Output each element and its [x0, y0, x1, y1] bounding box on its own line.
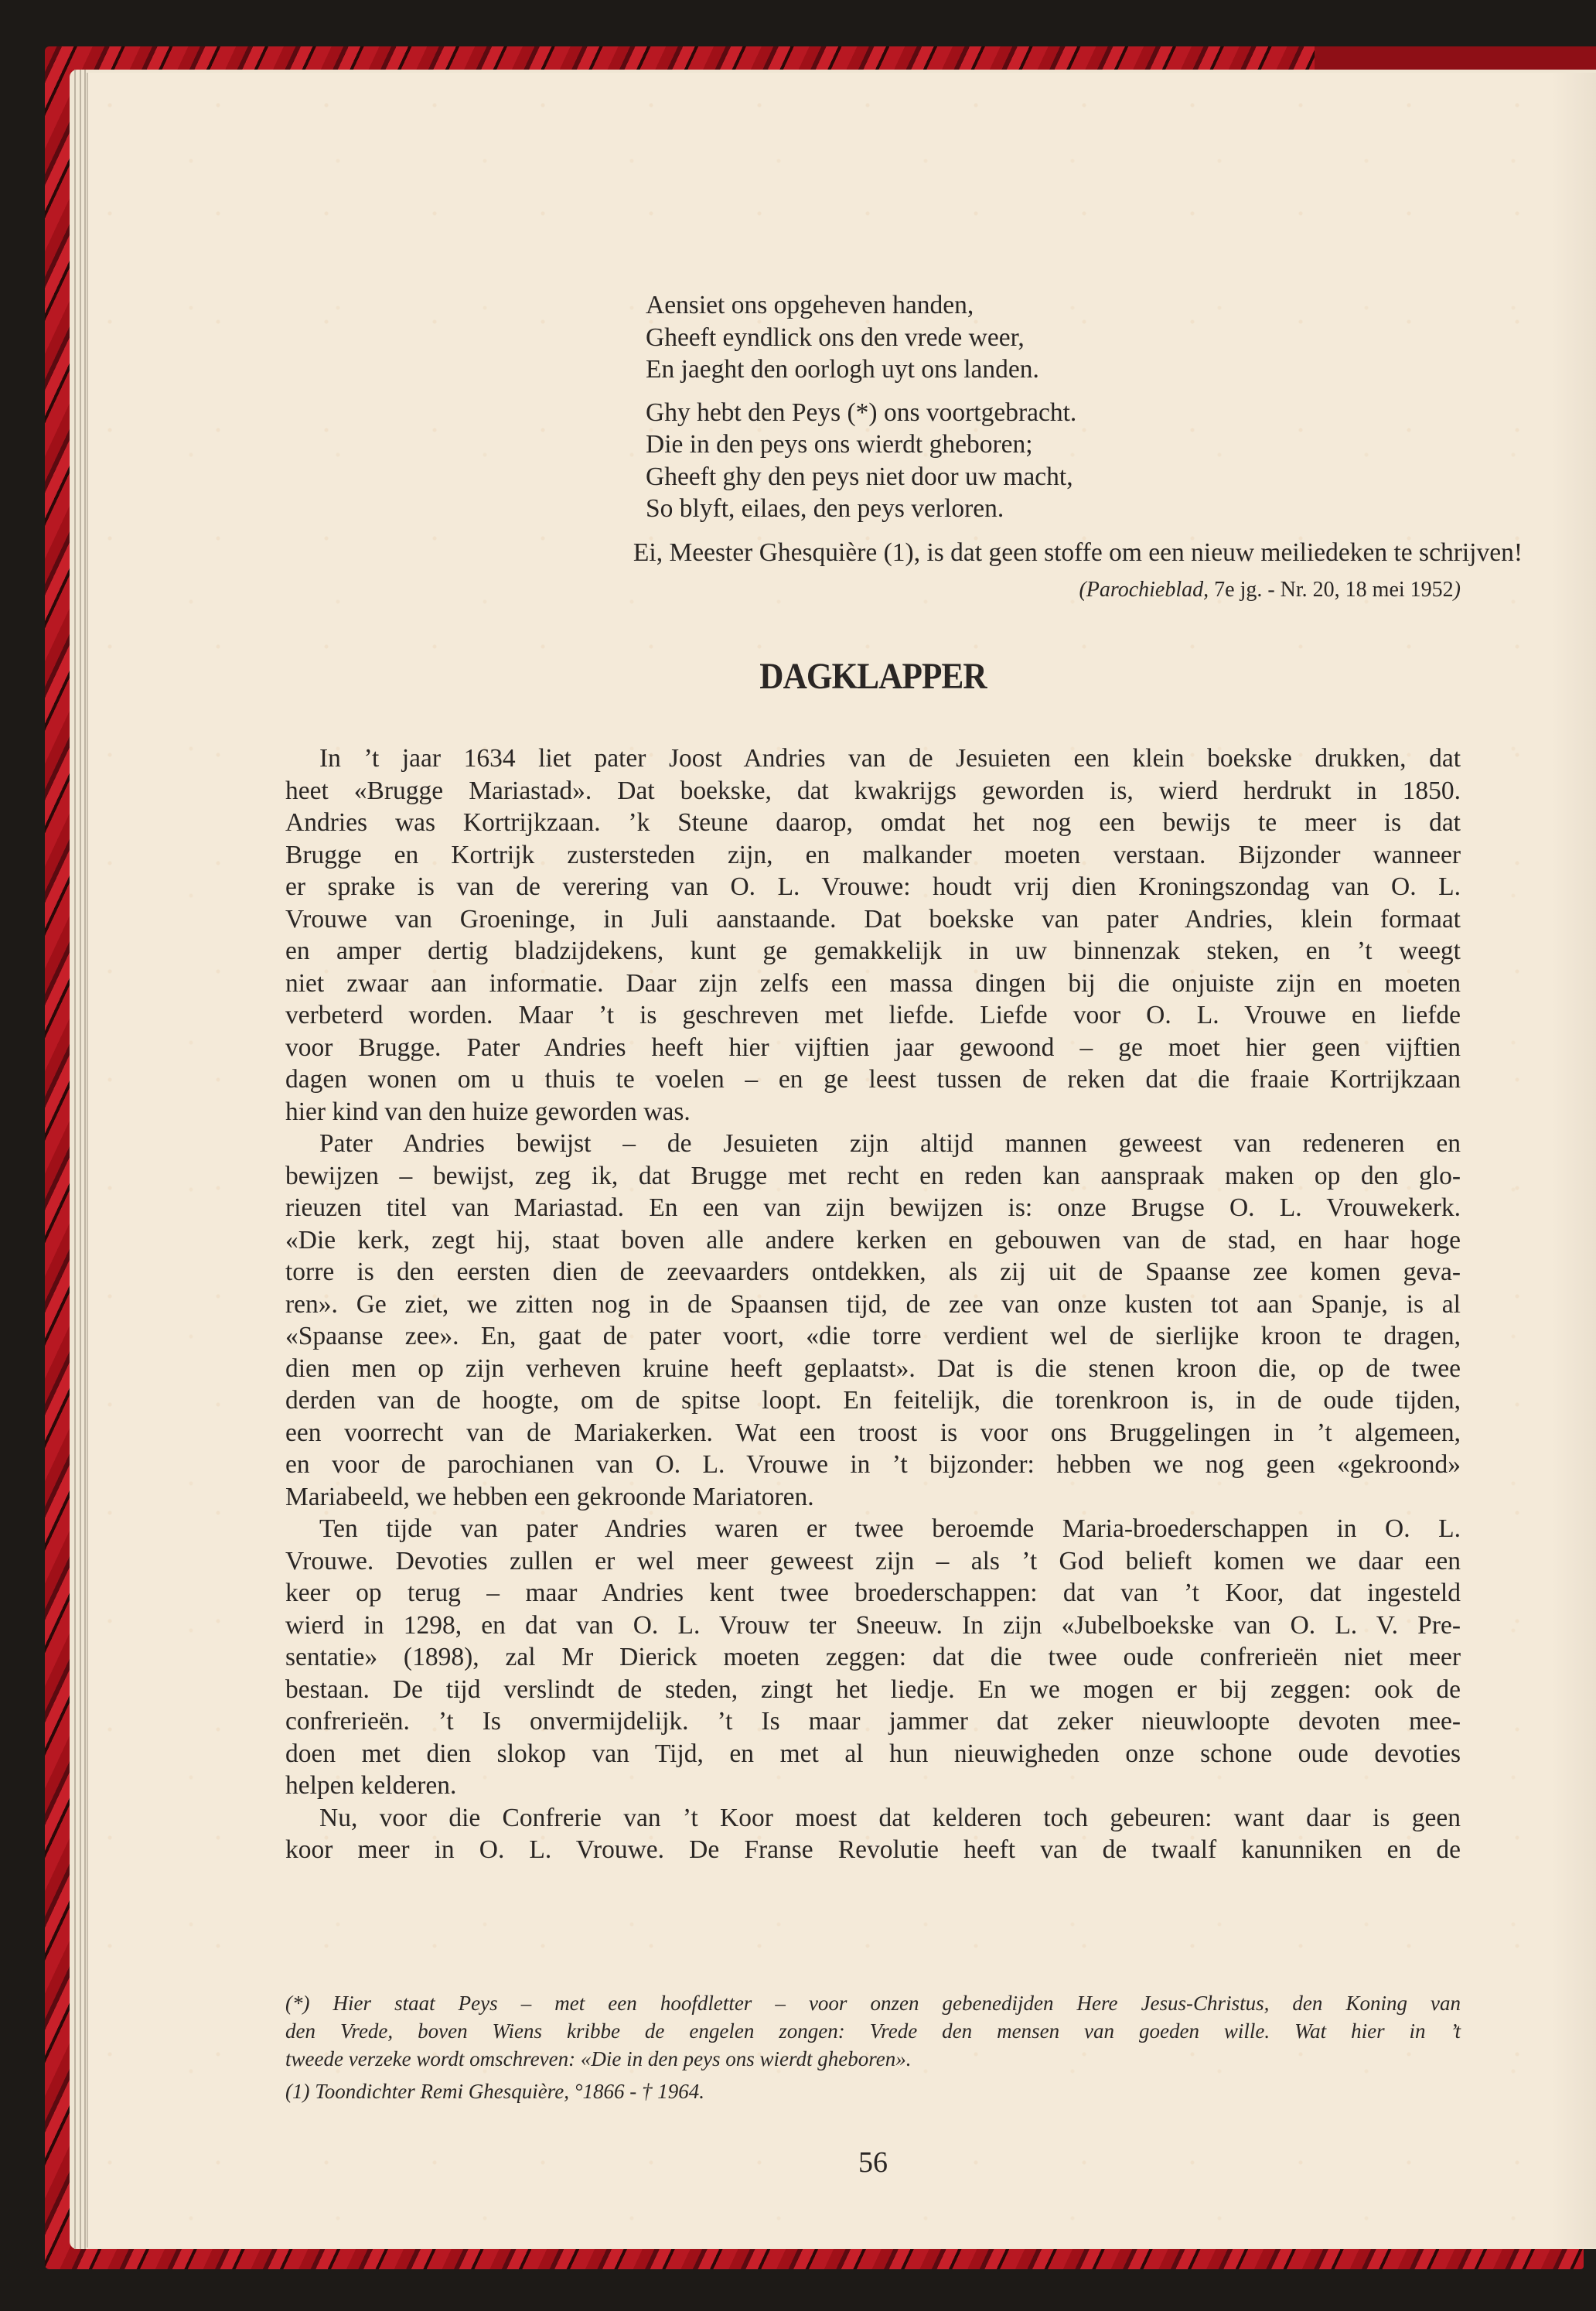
text-line: Nu, voor die Confrerie van ’t Koor moest…	[285, 1802, 1461, 1835]
text-line: doen met dien slokop van Tijd, en met al…	[285, 1738, 1461, 1770]
article-body: In ’t jaar 1634 liet pater Joost Andries…	[285, 742, 1461, 1866]
text-line: ren». Ge ziet, we zitten nog in de Spaan…	[285, 1289, 1461, 1321]
poem-line: Gheeft ghy den peys niet door uw macht,	[646, 461, 1342, 493]
text-line: wierd in 1298, en dat van O. L. Vrouw te…	[285, 1610, 1461, 1642]
text-line: koor meer in O. L. Vrouwe. De Franse Rev…	[285, 1834, 1461, 1866]
paragraph-4: Nu, voor die Confrerie van ’t Koor moest…	[285, 1802, 1461, 1866]
text-line: er sprake is van de verering van O. L. V…	[285, 871, 1461, 903]
text-line: Brugge en Kortrijk zustersteden zijn, en…	[285, 839, 1461, 872]
text-line: bestaan. De tijd verslindt de steden, zi…	[285, 1674, 1461, 1706]
text-line: Pater Andries bewijst – de Jesuieten zij…	[285, 1128, 1461, 1160]
text-line: hier kind van den huize geworden was.	[285, 1096, 1461, 1128]
page-edge-line	[80, 70, 81, 2249]
text-line: Vrouwe van Groeninge, in Juli aanstaande…	[285, 903, 1461, 936]
text-line: dien men op zijn verheven kruine heeft g…	[285, 1353, 1461, 1385]
text-line: en amper dertig bladzijdekens, kunt ge g…	[285, 935, 1461, 968]
text-line: sentatie» (1898), zal Mr Dierick moeten …	[285, 1641, 1461, 1674]
text-line: keer op terug – maar Andries kent twee b…	[285, 1577, 1461, 1610]
poem-line: Ghy hebt den Peys (*) ons voortgebracht.	[646, 397, 1342, 429]
section-heading: DAGKLAPPER	[344, 661, 1402, 693]
footnotes: (*) Hier staat Peys – met een hoofdlette…	[285, 1989, 1461, 2105]
gutter-shadow	[1551, 73, 1596, 2248]
text-line: confrerieën. ’t Is onvermijdelijk. ’t Is…	[285, 1705, 1461, 1738]
exclamation-line: Ei, Meester Ghesquière (1), is dat geen …	[285, 537, 1523, 569]
text-line: In ’t jaar 1634 liet pater Joost Andries…	[285, 742, 1461, 775]
text-line: «Die kerk, zegt hij, staat boven alle an…	[285, 1224, 1461, 1257]
text-line: heet «Brugge Mariastad». Dat boekske, da…	[285, 775, 1461, 807]
poem-line: So blyft, eilaes, den peys verloren.	[646, 493, 1342, 525]
text-line: bewijzen – bewijst, zeg ik, dat Brugge m…	[285, 1160, 1461, 1193]
footnote-line: (1) Toondichter Remi Ghesquière, °1866 -…	[285, 2077, 1461, 2105]
page-edge-line	[84, 70, 86, 2249]
source-publication: Parochieblad,	[1086, 578, 1209, 602]
text-line: niet zwaar aan informatie. Daar zijn zel…	[285, 968, 1461, 1000]
paragraph-1: In ’t jaar 1634 liet pater Joost Andries…	[285, 742, 1461, 1128]
text-line: voor Brugge. Pater Andries heeft hier vi…	[285, 1032, 1461, 1064]
text-line: verbeterd worden. Maar ’t is geschreven …	[285, 999, 1461, 1032]
text-line: helpen kelderen.	[285, 1770, 1461, 1802]
footnote-line: tweede verzeke wordt omschreven: «Die in…	[285, 2045, 1461, 2073]
book-page: Aensiet ons opgeheven handen, Gheeft eyn…	[87, 73, 1596, 2248]
source-close-paren: )	[1454, 578, 1461, 602]
poem-line: En jaeght den oorlogh uyt ons landen.	[646, 353, 1342, 386]
paragraph-2: Pater Andries bewijst – de Jesuieten zij…	[285, 1128, 1461, 1513]
text-line: Vrouwe. Devoties zullen er wel meer gewe…	[285, 1545, 1461, 1578]
footnote-line: den Vrede, boven Wiens kribbe de engelen…	[285, 2017, 1461, 2045]
text-line: Andries was Kortrijkzaan. ’k Steune daar…	[285, 807, 1461, 839]
book-cover-top-edge-right	[1315, 46, 1596, 71]
source-citation: (Parochieblad, 7e jg. - Nr. 20, 18 mei 1…	[533, 574, 1461, 606]
poem-line: Aensiet ons opgeheven handen,	[646, 289, 1342, 322]
source-open-paren: (	[1079, 578, 1086, 602]
footnote-line: (*) Hier staat Peys – met een hoofdlette…	[285, 1989, 1461, 2017]
text-line: en voor de parochianen van O. L. Vrouwe …	[285, 1449, 1461, 1481]
source-details: 7e jg. - Nr. 20, 18 mei 1952	[1209, 578, 1454, 602]
poem-line: Gheeft eyndlick ons den vrede weer,	[646, 322, 1342, 354]
page-edge-line	[74, 70, 76, 2249]
text-line: torre is den eersten dien de zeevaarders…	[285, 1256, 1461, 1289]
paragraph-3: Ten tijde van pater Andries waren er twe…	[285, 1513, 1461, 1802]
poem-line: Die in den peys ons wierdt gheboren;	[646, 428, 1342, 461]
poem: Aensiet ons opgeheven handen, Gheeft eyn…	[646, 289, 1342, 525]
text-line: dagen wonen om u thuis te voelen – en ge…	[285, 1063, 1461, 1096]
text-line: Mariabeeld, we hebben een gekroonde Mari…	[285, 1481, 1461, 1514]
text-line: derden van de hoogte, om de spitse loopt…	[285, 1384, 1461, 1417]
text-line: «Spaanse zee». En, gaat de pater voort, …	[285, 1320, 1461, 1353]
footnote-1: (1) Toondichter Remi Ghesquière, °1866 -…	[285, 2077, 1461, 2105]
text-line: een voorrecht van de Mariakerken. Wat ee…	[285, 1417, 1461, 1449]
stanza-gap	[646, 386, 1342, 397]
text-line: Ten tijde van pater Andries waren er twe…	[285, 1513, 1461, 1545]
text-line: rieuzen titel van Mariastad. En een van …	[285, 1192, 1461, 1224]
footnote-star: (*) Hier staat Peys – met een hoofdlette…	[285, 1989, 1461, 2073]
page-number: 56	[285, 2147, 1461, 2180]
